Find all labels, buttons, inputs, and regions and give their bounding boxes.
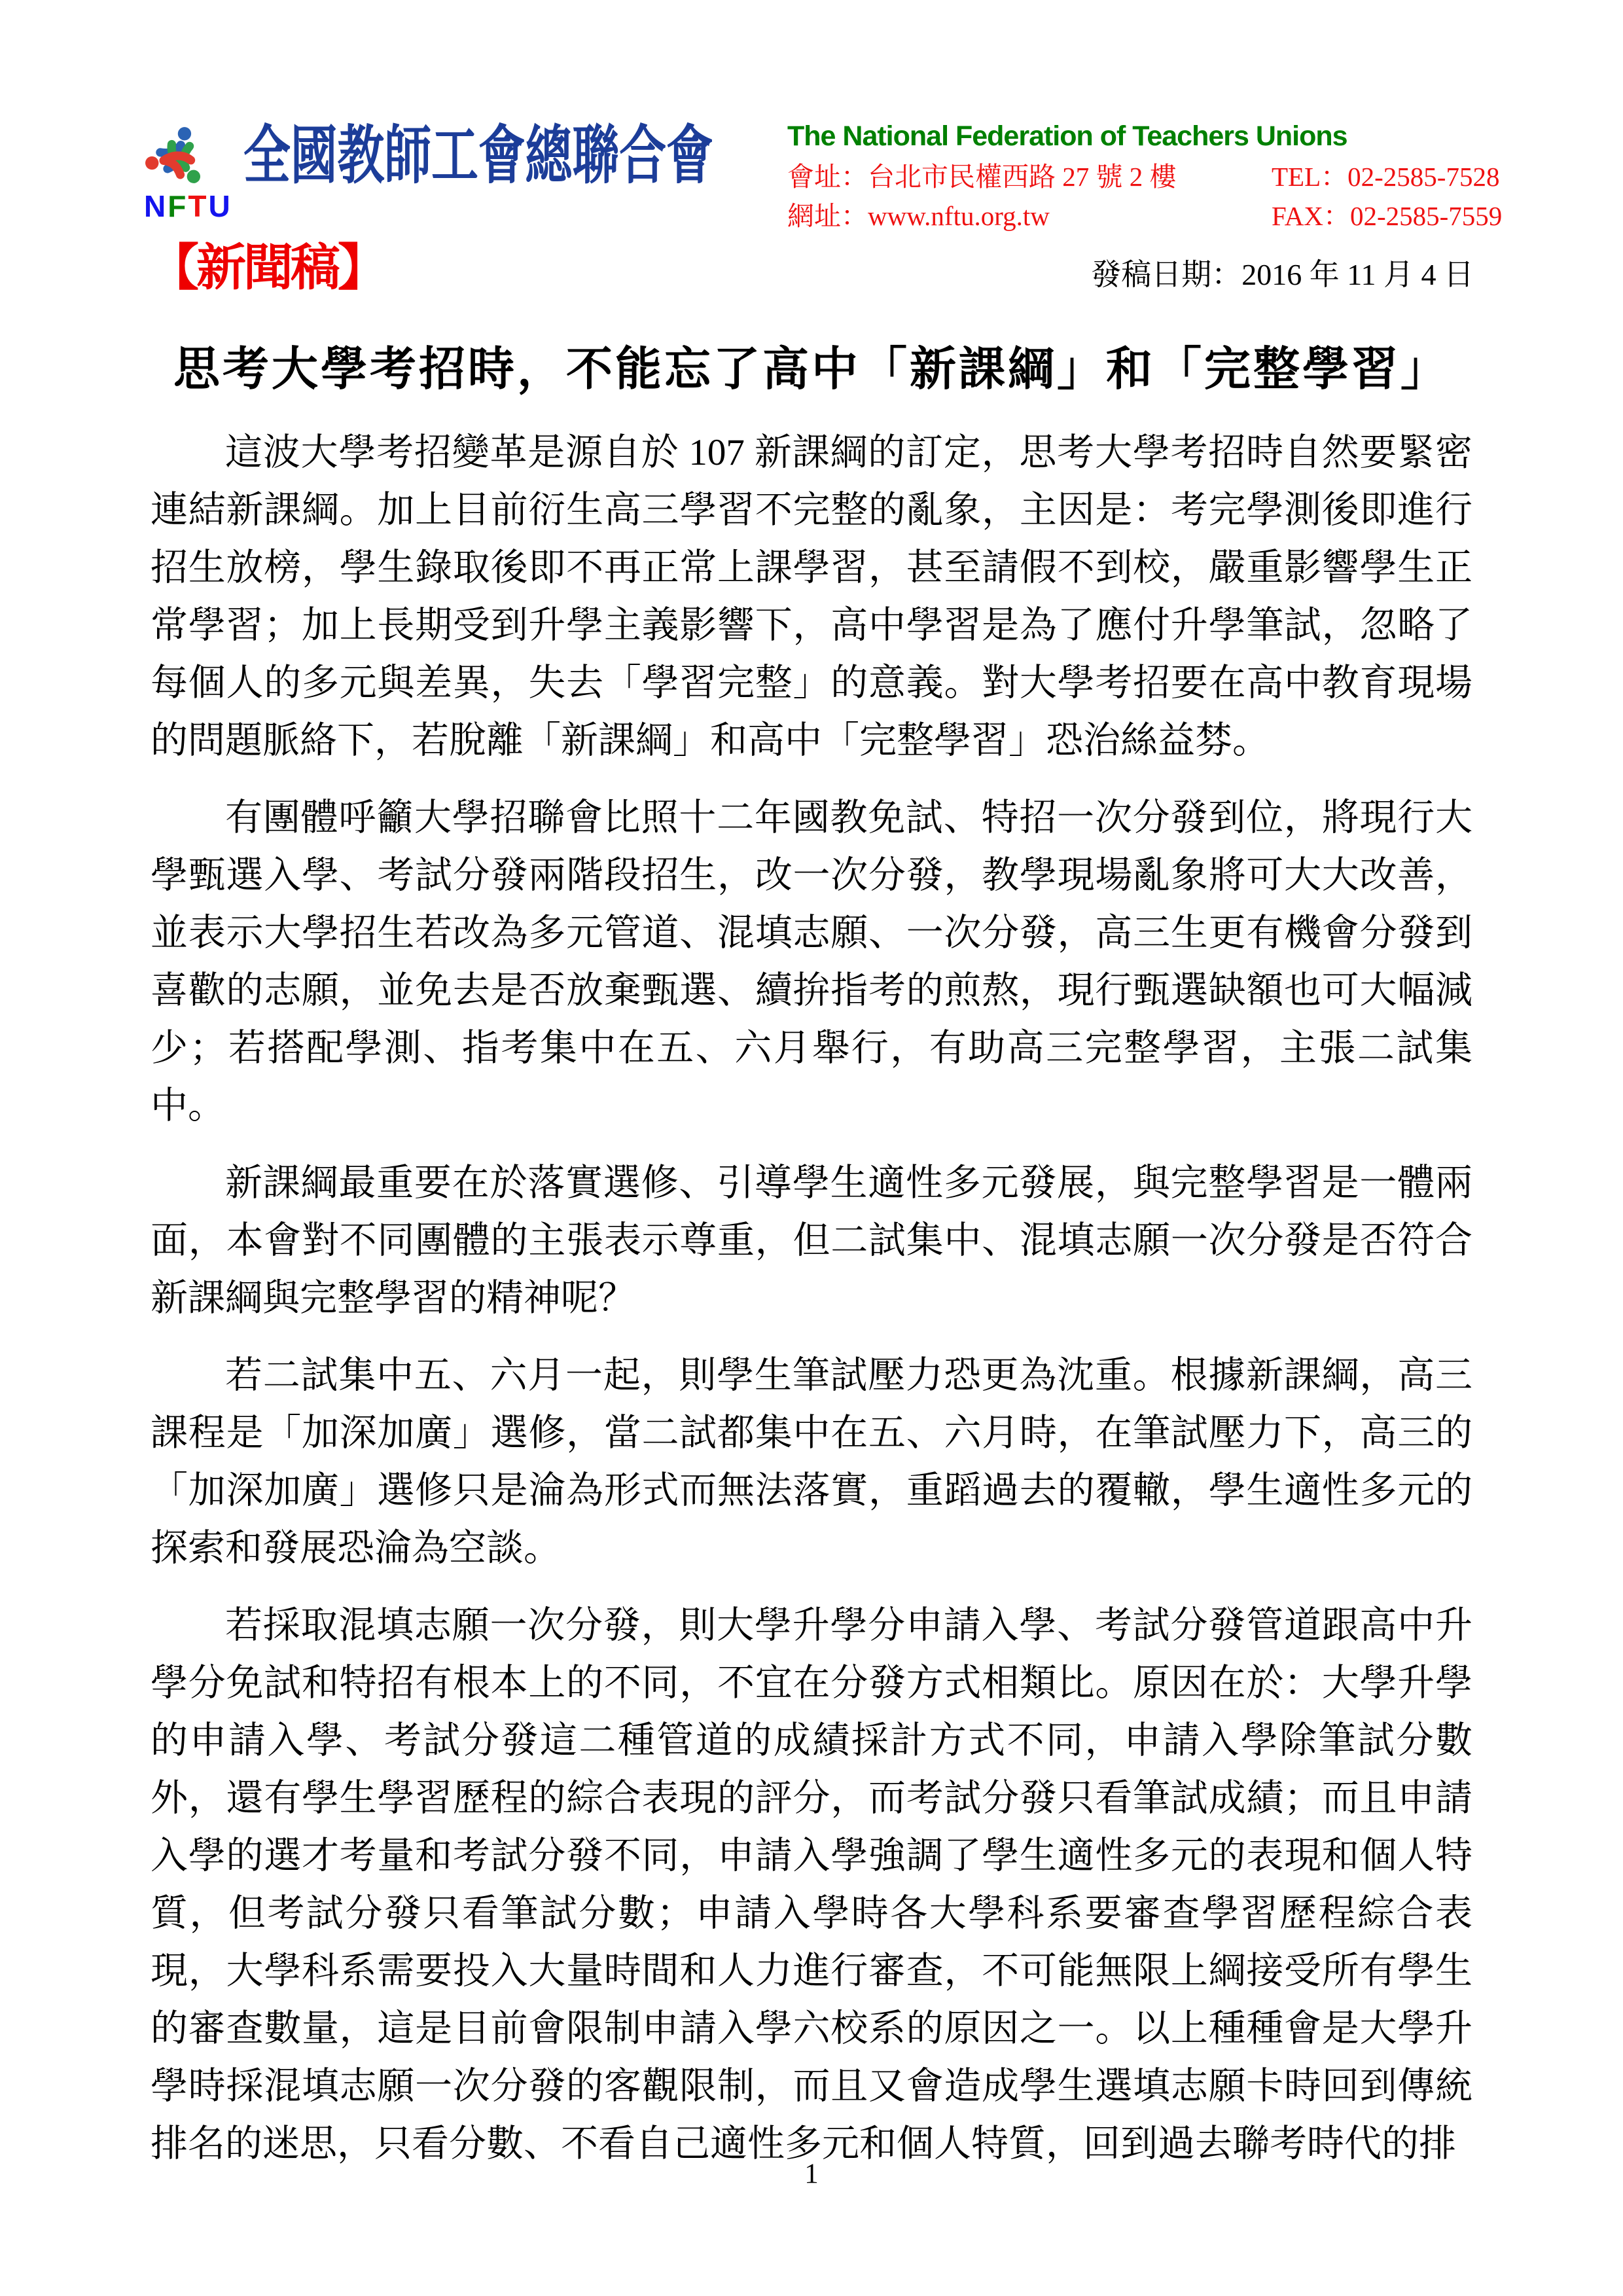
contact-row-1: 會址：台北市民權西路 27 號 2 樓 TEL：02-2585-7528	[787, 164, 1488, 190]
body-text: 這波大學考招變革是源自於 107 新課綱的訂定，思考大學考招時自然要緊密連結新課…	[151, 424, 1472, 2193]
nftu-letter: N	[144, 189, 168, 223]
press-release-row: 【新聞稿】 發稿日期：2016 年 11 月 4 日	[149, 243, 1474, 293]
paragraph-5: 若採取混填志願一次分發，則大學升學分申請入學、考試分發管道跟高中升學分免試和特招…	[151, 1597, 1472, 2173]
document-title: 思考大學考招時，不能忘了高中「新課綱」和「完整學習」	[149, 339, 1474, 402]
contact-row-2: 網址：www.nftu.org.tw FAX：02-2585-7559	[787, 203, 1488, 230]
org-name-zh: 全國教師工會總聯合會	[243, 123, 713, 190]
paragraph-3: 新課綱最重要在於落實選修、引導學生適性多元發展，與完整學習是一體兩面，本會對不同…	[151, 1155, 1472, 1327]
nftu-logo-icon	[133, 117, 221, 196]
page-number: 1	[0, 2160, 1623, 2188]
tel-text: TEL：02-2585-7528	[1272, 164, 1488, 190]
nftu-letter: F	[168, 189, 188, 223]
press-release-tag: 【新聞稿】	[149, 243, 385, 293]
paragraph-4: 若二試集中五、六月一起，則學生筆試壓力恐更為沈重。根據新課綱，高三課程是「加深加…	[151, 1347, 1472, 1577]
press-release-page: NFTU 全國教師工會總聯合會 The National Federation …	[0, 0, 1623, 2296]
nftu-acronym: NFTU	[144, 191, 232, 221]
address-text: 會址：台北市民權西路 27 號 2 樓	[787, 164, 1177, 190]
release-date: 發稿日期：2016 年 11 月 4 日	[1091, 260, 1474, 290]
paragraph-2: 有團體呼籲大學招聯會比照十二年國教免試、特招一次分發到位，將現行大學甄選入學、考…	[151, 789, 1472, 1135]
contact-block: The National Federation of Teachers Unio…	[787, 122, 1488, 230]
fax-text: FAX：02-2585-7559	[1272, 203, 1488, 230]
paragraph-1: 這波大學考招變革是源自於 107 新課綱的訂定，思考大學考招時自然要緊密連結新課…	[151, 424, 1472, 770]
website-text: 網址：www.nftu.org.tw	[787, 203, 1050, 230]
org-name-en: The National Federation of Teachers Unio…	[787, 122, 1488, 151]
nftu-letter: T	[188, 189, 208, 223]
nftu-letter: U	[208, 189, 232, 223]
